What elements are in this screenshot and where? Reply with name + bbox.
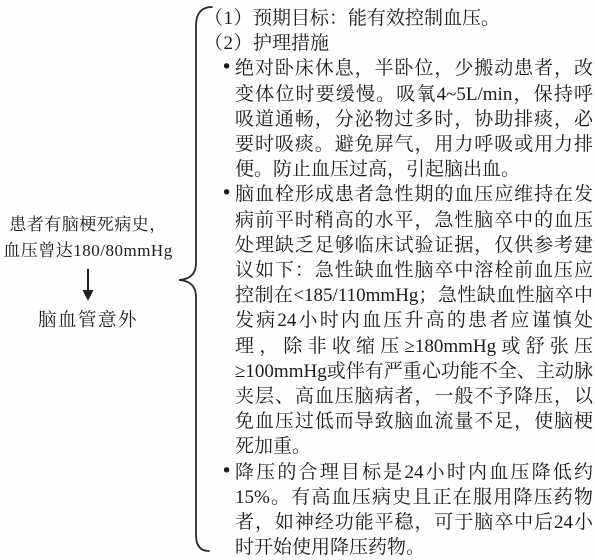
nursing-measures-heading-item: （2）护理措施: [204, 31, 593, 56]
nursing-measures-heading-text: 护理措施: [253, 33, 329, 54]
down-arrow-icon: [81, 269, 95, 301]
diagnosis-text: 脑血管意外: [2, 306, 174, 332]
measure-text: 降压的合理目标是24小时内血压降低约15%。有高血压病史且正在服用降压药物者，如…: [235, 462, 593, 559]
measure-item-bed-rest: • 绝对卧床休息，半卧位，少搬动患者，改变体位时要缓慢。吸氧4~5L/min，保…: [204, 56, 593, 182]
bullet-icon: •: [221, 55, 232, 80]
care-plan-figure: 患者有脑梗死病史，血压曾达180/80mmHg 脑血管意外 （1）预期目标：能有…: [0, 0, 595, 560]
bullet-icon: •: [221, 459, 232, 484]
measure-text: 绝对卧床休息，半卧位，少搬动患者，改变体位时要缓慢。吸氧4~5L/min，保持呼…: [235, 58, 593, 180]
patient-condition-panel: 患者有脑梗死病史，血压曾达180/80mmHg 脑血管意外: [2, 212, 174, 332]
measure-text: 脑血栓形成患者急性期的血压应维持在发病前平时稍高的水平，急性脑卒中的血压处理缺乏…: [235, 184, 593, 457]
item-number-label: （1）: [204, 8, 253, 29]
item-number-label: （2）: [204, 33, 253, 54]
care-plan-content: （1）预期目标：能有效控制血压。 （2）护理措施 • 绝对卧床休息，半卧位，少搬…: [204, 6, 593, 560]
expected-goal-item: （1）预期目标：能有效控制血压。: [204, 6, 593, 31]
measure-item-bp-lowering-goal: • 降压的合理目标是24小时内血压降低约15%。有高血压病史且正在服用降压药物者…: [204, 460, 593, 560]
arrow-container: [2, 269, 174, 301]
expected-goal-text: 预期目标：能有效控制血压。: [253, 8, 500, 29]
bullet-icon: •: [221, 181, 232, 206]
measure-item-bp-management: • 脑血栓形成患者急性期的血压应维持在发病前平时稍高的水平，急性脑卒中的血压处理…: [204, 182, 593, 459]
patient-history-text: 患者有脑梗死病史，血压曾达180/80mmHg: [2, 212, 174, 264]
